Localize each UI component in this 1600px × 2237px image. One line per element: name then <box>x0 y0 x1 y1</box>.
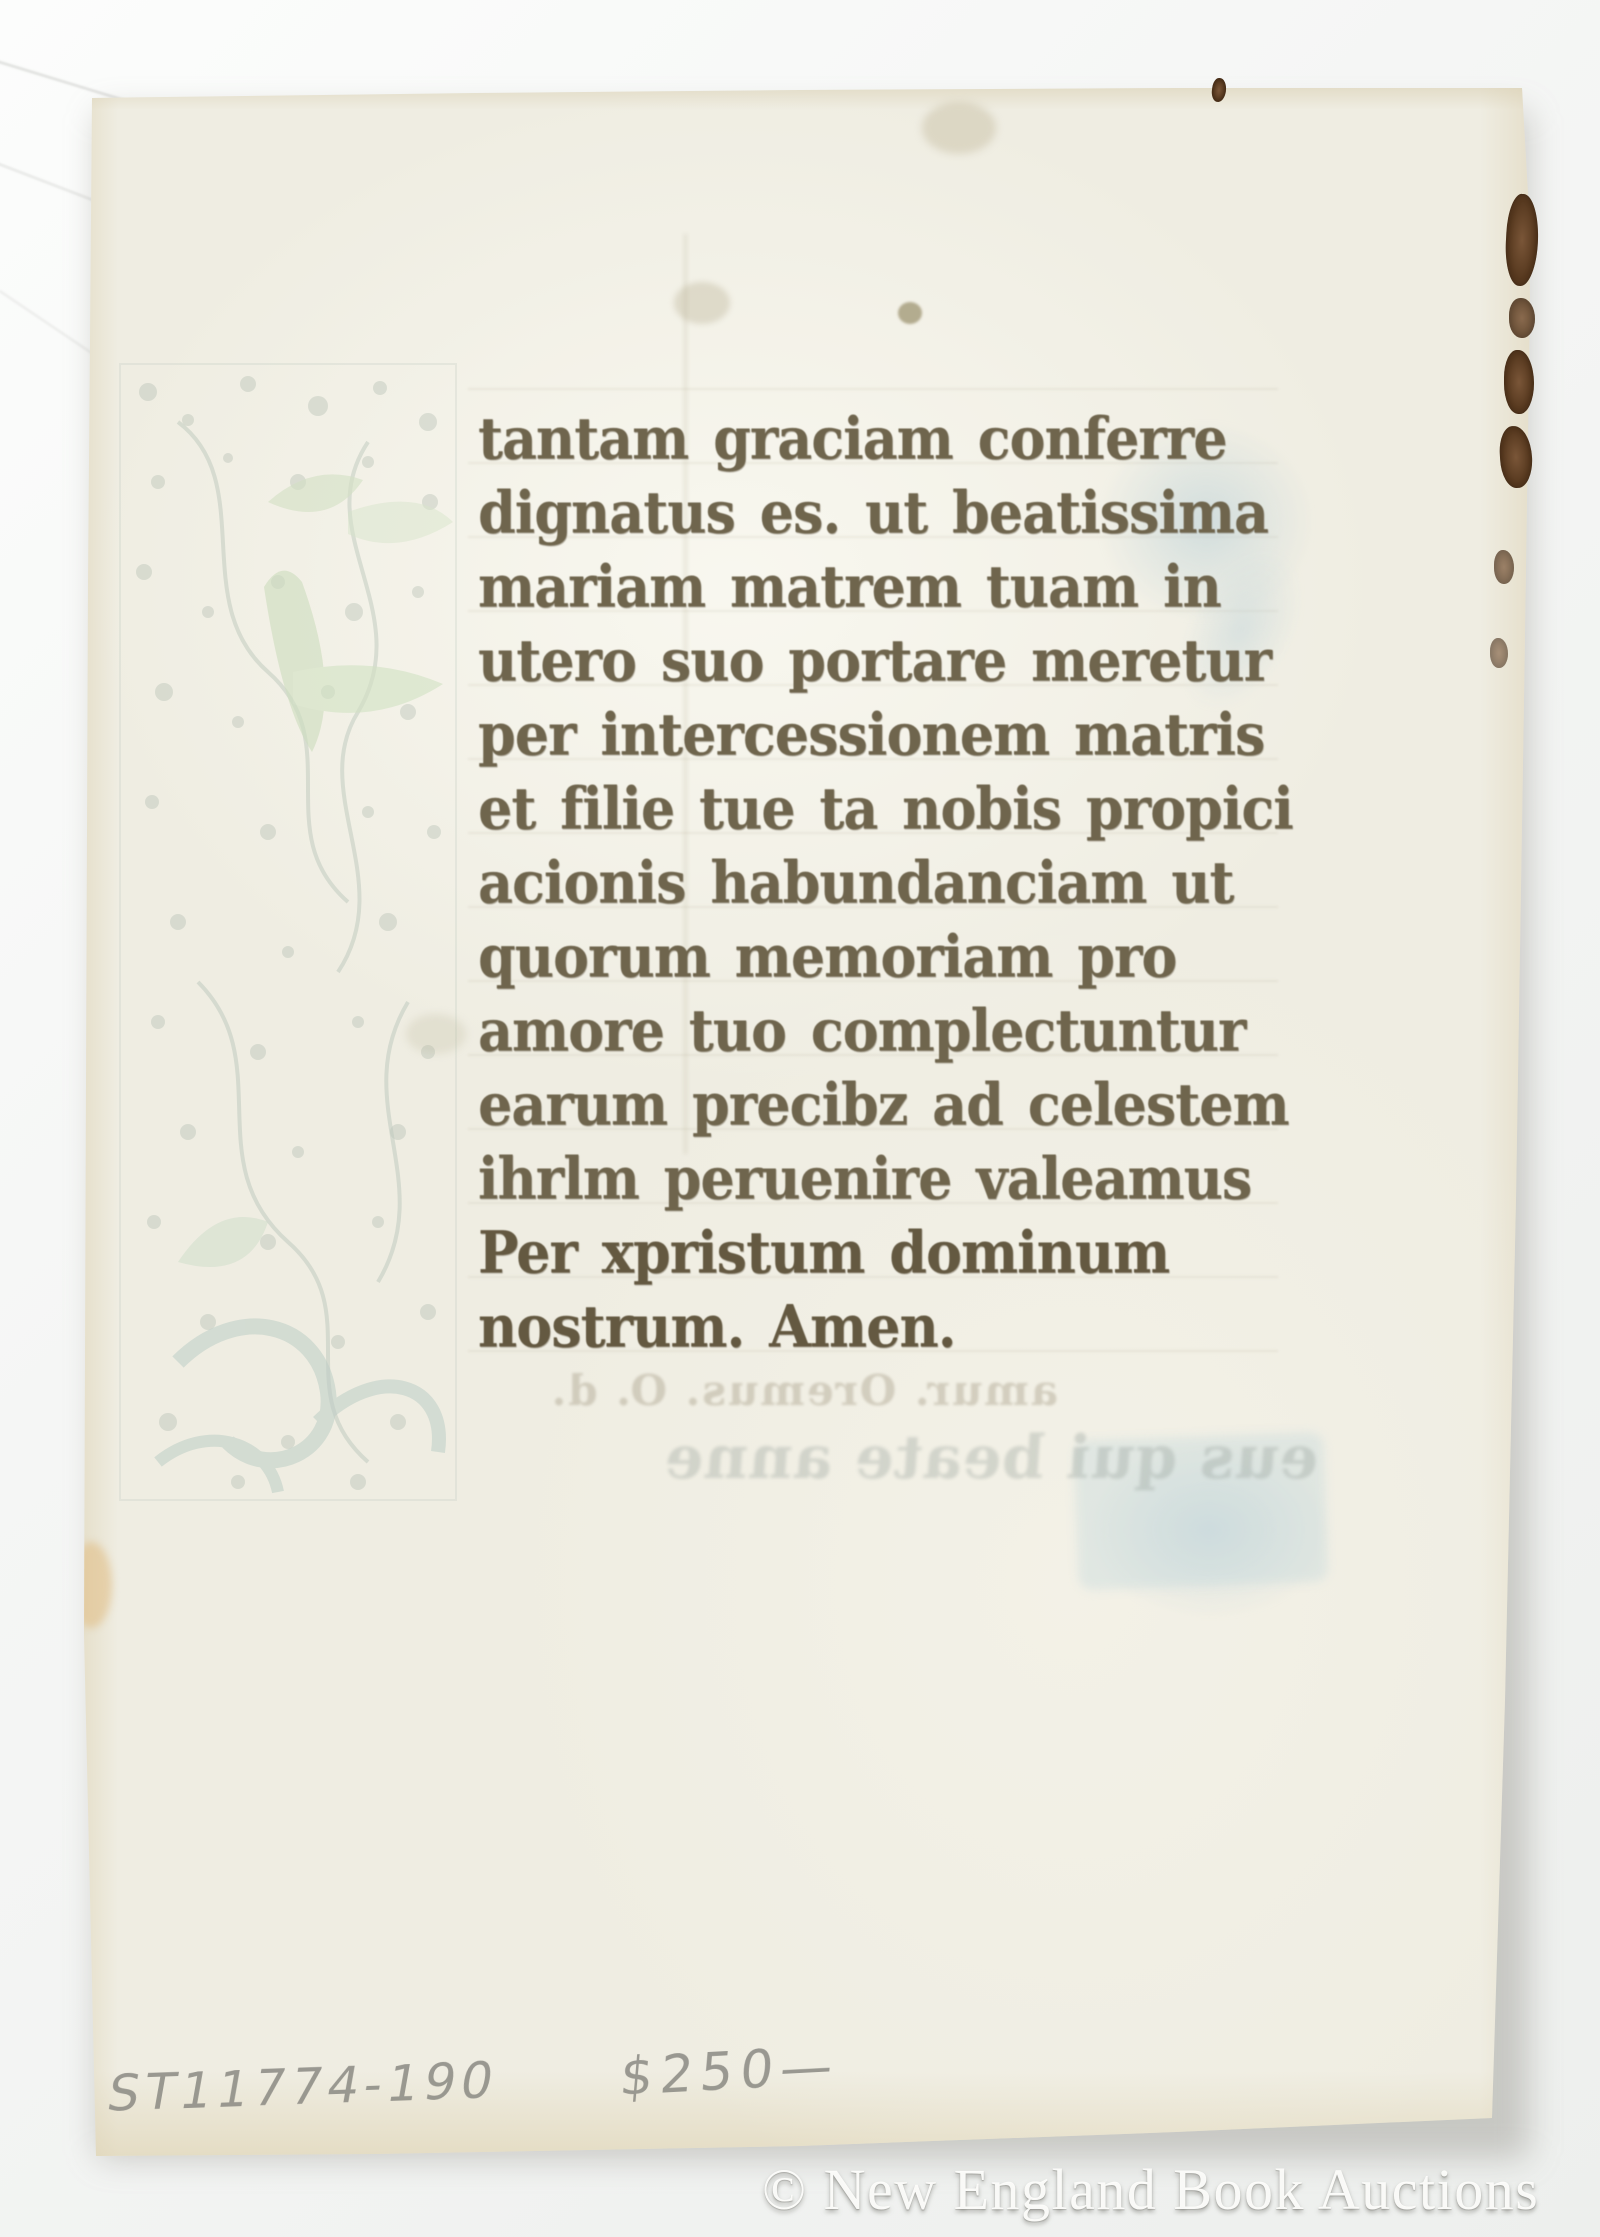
verso-showthrough-text: eus qui beate anne <box>436 1428 1320 1488</box>
border-bottom-swirls <box>158 1326 439 1492</box>
manuscript-line: et filie tue ta nobis propici <box>478 768 1293 848</box>
faint-stain <box>406 1014 466 1054</box>
border-leaves <box>178 474 453 1267</box>
manuscript-line: Per xpristum dominum <box>478 1212 1293 1292</box>
auction-house-watermark: © New England Book Auctions <box>762 2156 1539 2223</box>
binding-remnant <box>1509 298 1535 338</box>
binding-remnant <box>1494 550 1514 584</box>
manuscript-line: mariam matrem tuam in <box>478 546 1293 626</box>
ink-spot-stain <box>898 302 922 324</box>
manuscript-line: nostrum. Amen. <box>478 1286 1293 1366</box>
pencil-price: $250— <box>618 2036 842 2108</box>
edge-tan-stain <box>70 1542 112 1628</box>
manuscript-line: quorum memoriam pro <box>478 916 1293 996</box>
manuscript-line: tantam graciam conferre <box>478 398 1293 478</box>
border-dot-speckle <box>136 376 441 1490</box>
manuscript-line: utero suo portare meretur <box>478 620 1293 700</box>
faint-stain <box>674 282 730 324</box>
manuscript-line: earum precibz ad celestem <box>478 1064 1293 1144</box>
floral-border-showthrough <box>118 362 458 1502</box>
binding-remnant <box>1504 350 1534 414</box>
manuscript-text-block: tantam graciam conferre dignatus es. ut … <box>478 398 1293 1360</box>
manuscript-line: dignatus es. ut beatissima <box>478 472 1293 552</box>
manuscript-line: ihrlm peruenire valeamus <box>478 1138 1293 1218</box>
manuscript-line: acionis habundanciam ut <box>478 842 1293 922</box>
binding-remnant <box>1490 638 1508 668</box>
verso-showthrough-text: amur. Oremus. O. d. <box>458 1370 1058 1412</box>
pencil-catalog-number: ST11774-190 <box>103 2051 503 2123</box>
manuscript-line: amore tuo complectuntur <box>478 990 1293 1070</box>
manuscript-line: per intercessionem matris <box>478 694 1293 774</box>
faint-stain <box>922 102 996 154</box>
auction-photo: tantam graciam conferre dignatus es. ut … <box>0 0 1600 2237</box>
manuscript-leaf: tantam graciam conferre dignatus es. ut … <box>76 84 1538 2166</box>
